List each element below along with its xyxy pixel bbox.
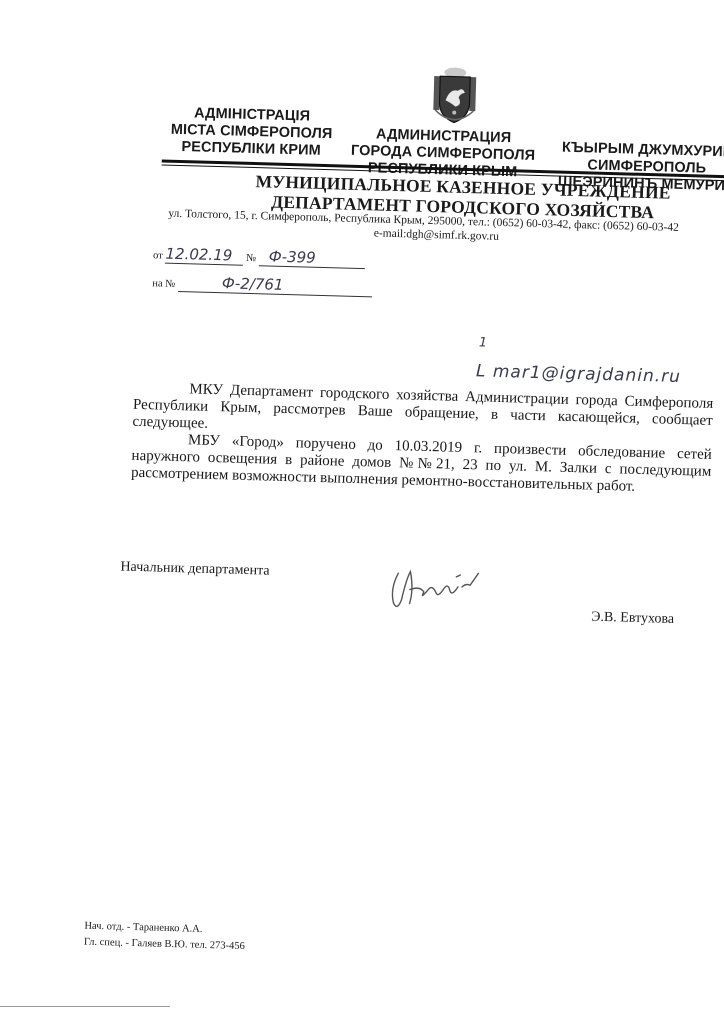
- executor-line-2: Гл. спец. - Галяев В.Ю. тел. 273-456: [84, 935, 245, 955]
- reference-from-line: от 12.02.19 № Ф-399: [153, 244, 365, 269]
- handwritten-email: L mar1@igrajdanin.ru: [476, 361, 681, 387]
- handwritten-signature-icon: [379, 559, 491, 622]
- to-label: на №: [152, 278, 175, 290]
- from-label: от: [153, 250, 163, 261]
- signer-position: Начальник департамента: [120, 559, 270, 579]
- executor-info: Нач. отд. - Тараненко А.А. Гл. спец. - Г…: [84, 919, 246, 955]
- outgoing-number: Ф-399: [258, 247, 364, 269]
- handwritten-mark: 1: [479, 335, 488, 350]
- crimea-coat-of-arms-icon: [431, 66, 479, 127]
- letter-page: АДМІНІСТРАЦІЯ МІСТА СІМФЕРОПОЛЯ РЕСПУБЛІ…: [0, 0, 724, 1024]
- letterhead-ukrainian: АДМІНІСТРАЦІЯ МІСТА СІМФЕРОПОЛЯ РЕСПУБЛІ…: [166, 105, 337, 161]
- incoming-number: Ф-2/761: [178, 273, 372, 297]
- number-label: №: [246, 253, 256, 264]
- signer-name: Э.В. Евтухова: [591, 610, 674, 628]
- organization-email: e-mail:dgh@simf.rk.gov.ru: [374, 227, 499, 242]
- reference-to-line: на № Ф-2/761: [152, 272, 372, 297]
- letter-body: МКУ Департамент городского хозяйства Адм…: [131, 380, 714, 498]
- outgoing-date: 12.02.19: [165, 245, 244, 266]
- scan-edge-line: [0, 1006, 170, 1007]
- letterhead-line: РЕСПУБЛІКИ КРИМ: [166, 139, 336, 161]
